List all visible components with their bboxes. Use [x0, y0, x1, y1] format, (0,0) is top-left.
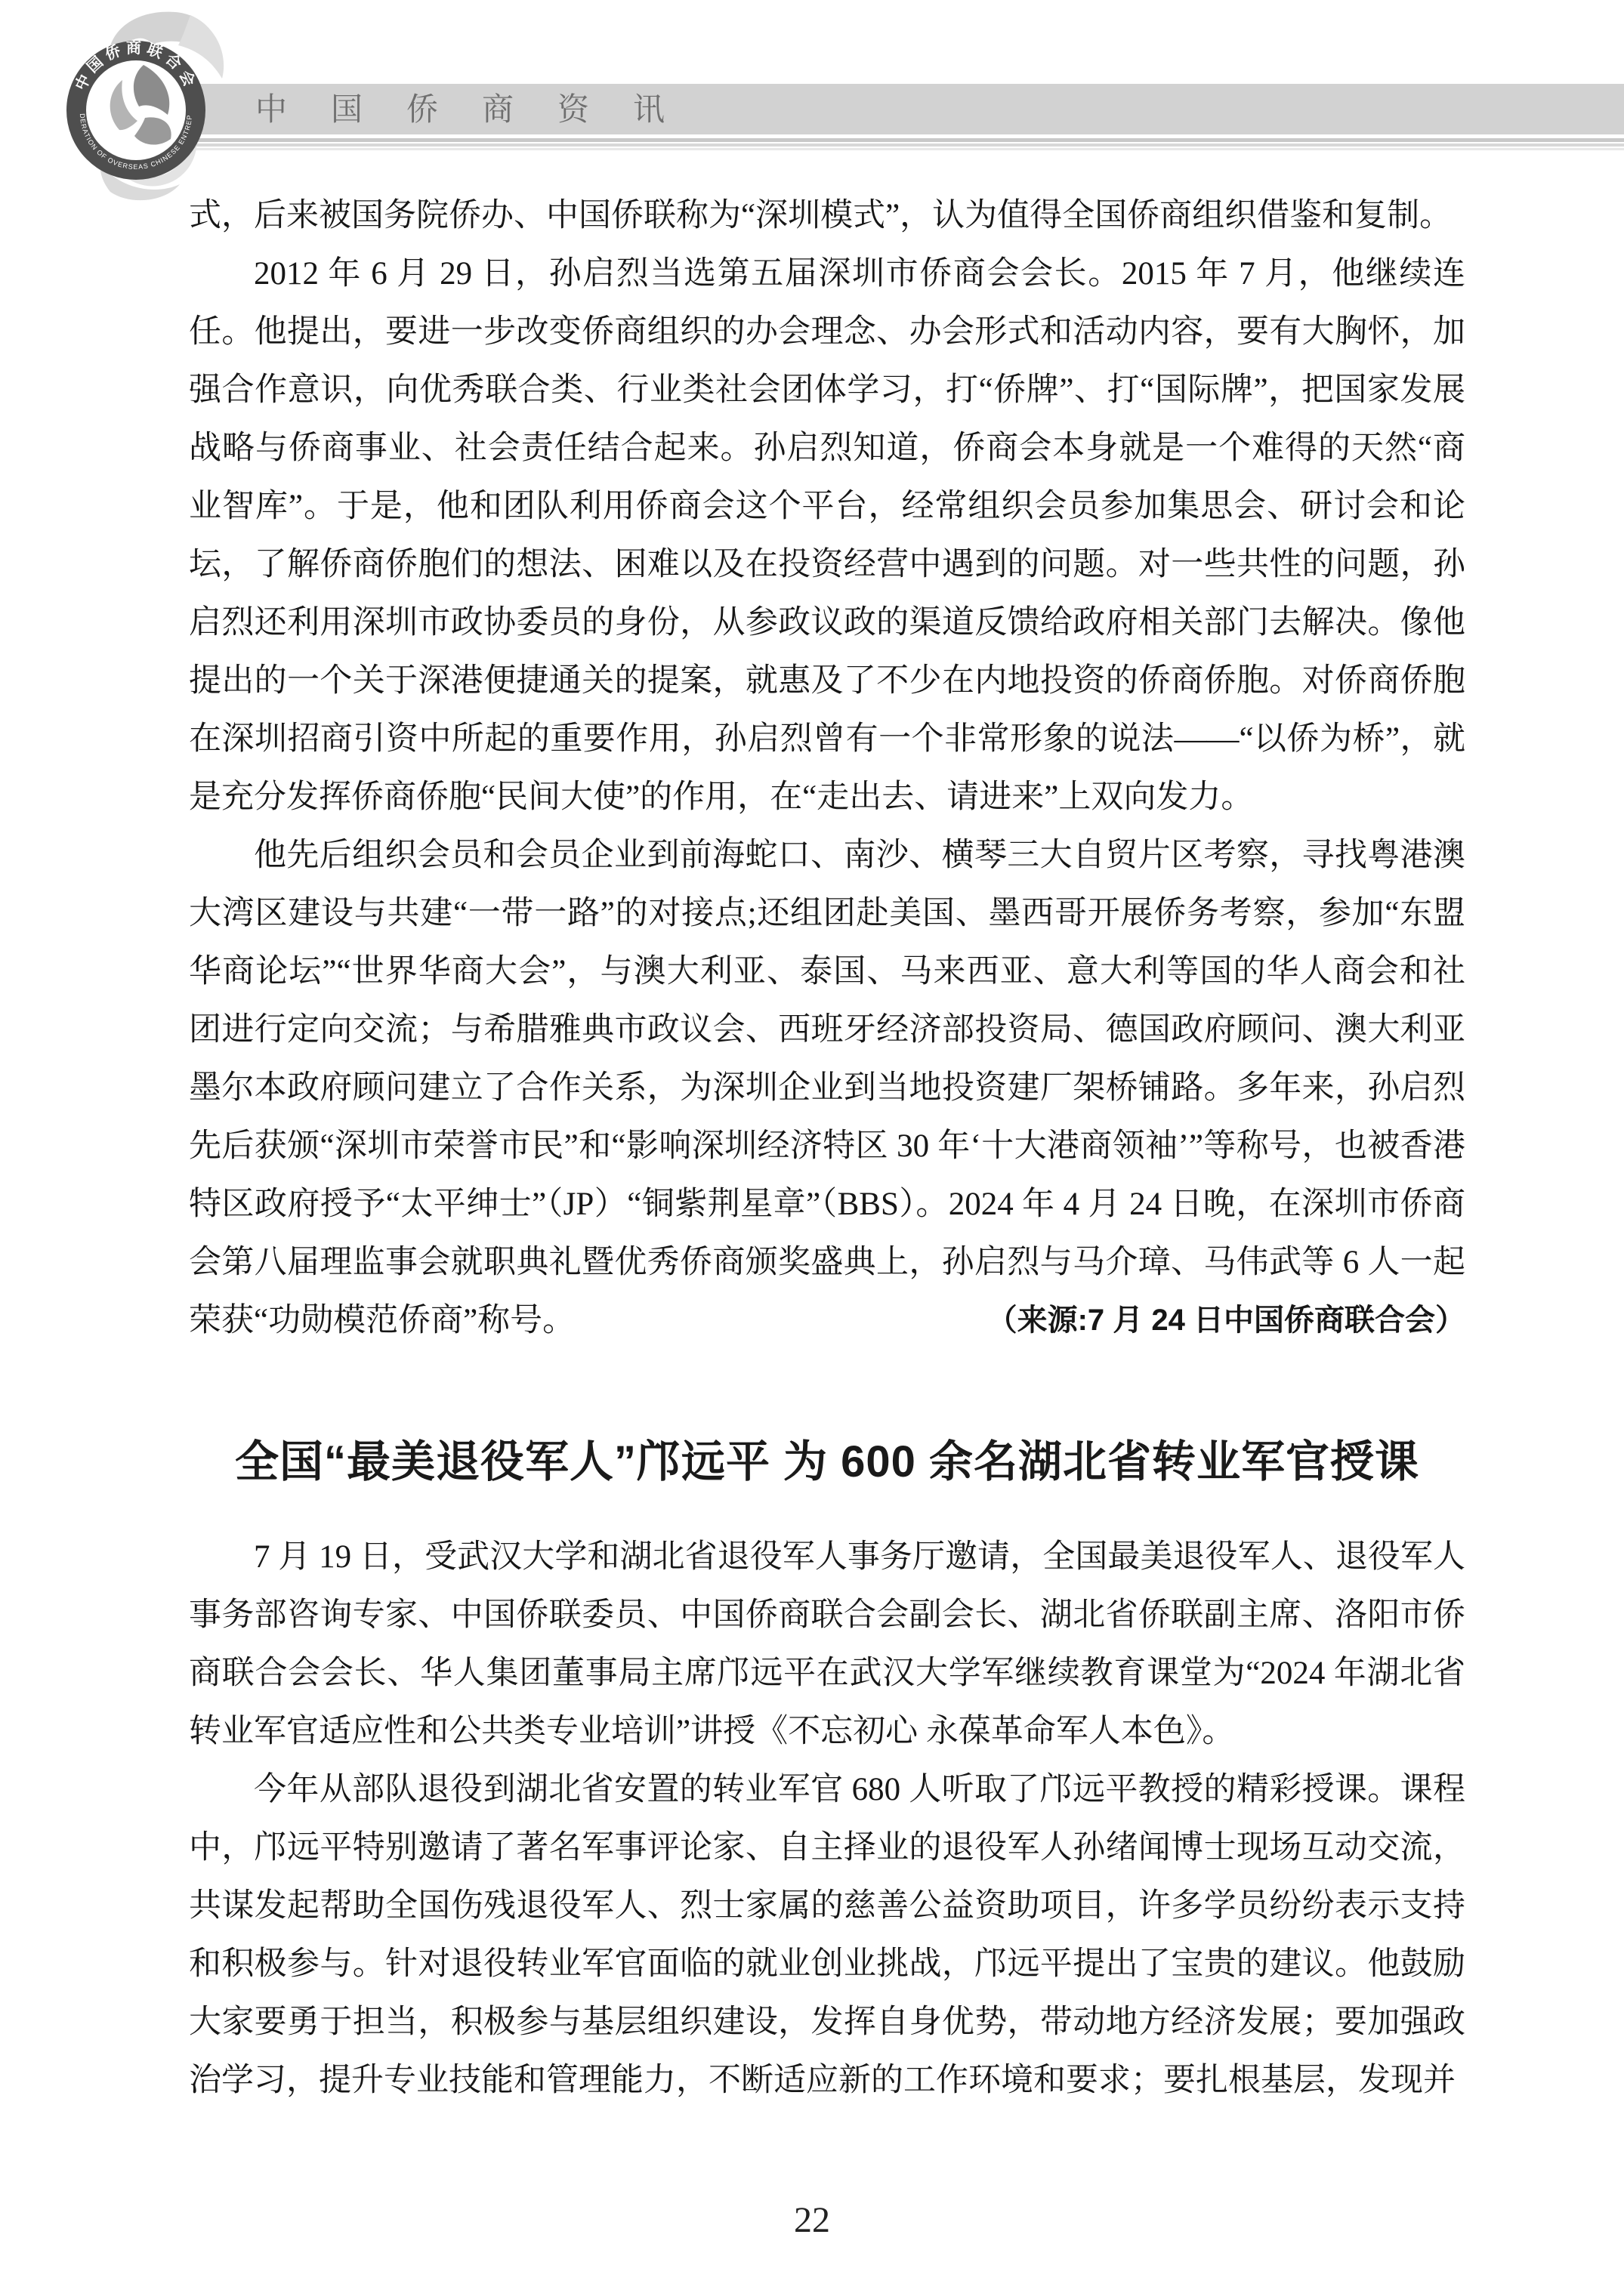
paragraph: 式，后来被国务院侨办、中国侨联称为“深圳模式”，认为值得全国侨商组织借鉴和复制。 [189, 187, 1465, 245]
paragraph: 7 月 19 日，受武汉大学和湖北省退役军人事务厅邀请，全国最美退役军人、退役军… [189, 1528, 1465, 1761]
article-body: 式，后来被国务院侨办、中国侨联称为“深圳模式”，认为值得全国侨商组织借鉴和复制。… [189, 187, 1465, 2109]
banner-title: 中国侨商资讯 [255, 84, 709, 134]
paragraph: 他先后组织会员和会员企业到前海蛇口、南沙、横琴三大自贸片区考察，寻找粤港澳大湾区… [189, 826, 1465, 1350]
header-divider-line [128, 144, 1624, 147]
section-title: 全国“最美退役军人”邝远平 为 600 余名湖北省转业军官授课 [189, 1430, 1465, 1494]
paragraph: 2012 年 6 月 29 日，孙启烈当选第五届深圳市侨商会会长。2015 年 … [189, 245, 1465, 826]
header-divider-line [128, 148, 1624, 150]
paragraph: 今年从部队退役到湖北省安置的转业军官 680 人听取了邝远平教授的精彩授课。课程… [189, 1761, 1465, 2109]
source-line: （来源:7 月 24 日中国侨商联合会） [987, 1292, 1465, 1350]
header-divider-line [128, 138, 1624, 142]
paragraph-text: 他先后组织会员和会员企业到前海蛇口、南沙、横琴三大自贸片区考察，寻找粤港澳大湾区… [189, 838, 1465, 1338]
document-page: 中国侨商资讯 中国侨商联合会 CHINA FEDERATION OF OVERS… [0, 0, 1624, 2293]
page-number: 22 [0, 2199, 1624, 2241]
